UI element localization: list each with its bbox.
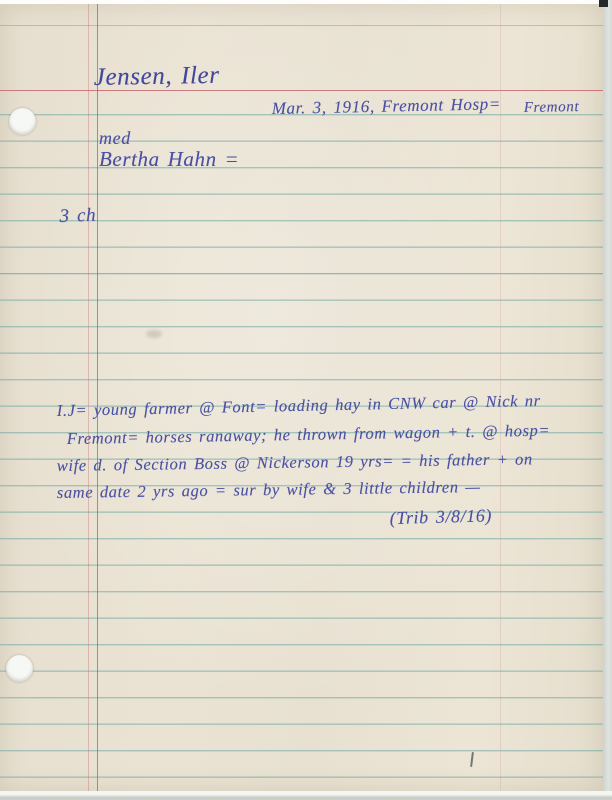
place-annotation: Fremont — [524, 99, 580, 117]
faint-red-rule — [0, 273, 603, 274]
margin-line-left-outer — [88, 4, 89, 791]
marital-status-note: med — [99, 128, 131, 149]
scanner-edge-right — [603, 0, 612, 800]
hole-punch-top — [9, 108, 36, 135]
ink-smudge — [146, 330, 162, 338]
corner-speck — [599, 0, 608, 7]
scanner-edge-bottom — [0, 791, 612, 800]
red-header-line — [0, 90, 603, 91]
hole-punch-bottom — [6, 655, 33, 682]
scanned-page: Jensen, Iler Mar. 3, 1916, Fremont Hosp=… — [0, 0, 612, 800]
margin-line-left-inner — [97, 4, 98, 791]
name-line: Jensen, Iler — [94, 62, 220, 92]
scanner-edge-top — [0, 0, 612, 4]
source-citation: (Trib 3/8/16) — [389, 505, 492, 529]
spouse-name-line: Bertha Hahn = — [99, 147, 239, 172]
red-header-line-top — [0, 25, 603, 26]
children-count-note: 3 ch — [59, 205, 96, 228]
notebook-paper: Jensen, Iler Mar. 3, 1916, Fremont Hosp=… — [0, 4, 603, 791]
